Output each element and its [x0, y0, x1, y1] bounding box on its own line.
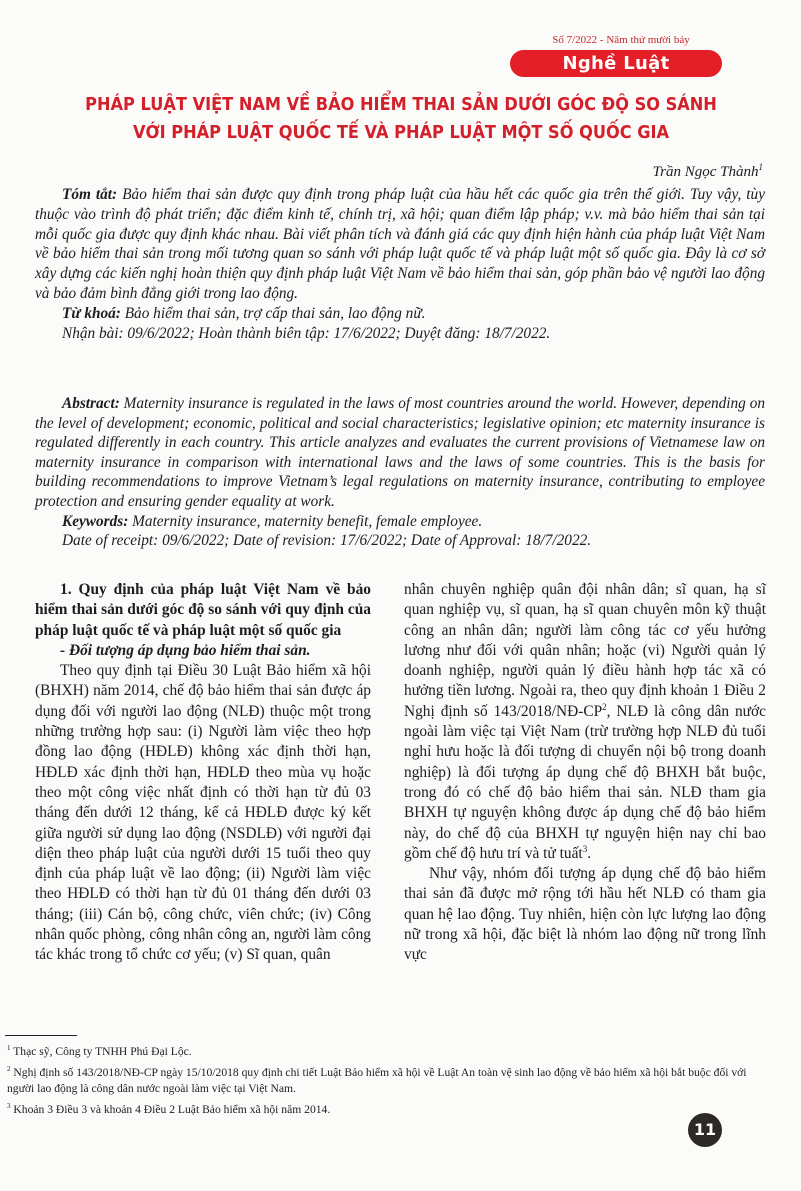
keywords-en-label: Keywords:: [62, 513, 128, 530]
footnote-divider: [5, 1035, 77, 1036]
page-number-badge: 11: [688, 1113, 722, 1147]
footnotes: 1 Thạc sỹ, Công ty TNHH Phú Đại Lộc. 2 N…: [7, 1040, 767, 1118]
footnote-2-text: Nghị định số 143/2018/NĐ-CP ngày 15/10/2…: [7, 1065, 747, 1095]
para-cont-a: nhân chuyên nghiệp quân đội nhân dân; sĩ…: [404, 581, 766, 720]
para-end: .: [587, 845, 591, 862]
para-cont-b: , NLĐ là công dân nước ngoài làm việc tạ…: [404, 703, 766, 862]
section-subheading: - Đối tượng áp dụng bảo hiểm thai sản.: [35, 641, 371, 661]
footnote-3-text: Khoản 3 Điều 3 và khoản 4 Điều 2 Luật Bả…: [11, 1103, 331, 1116]
footnote-1: 1 Thạc sỹ, Công ty TNHH Phú Đại Lộc.: [7, 1040, 767, 1061]
summary-label: Tóm tắt:: [62, 186, 117, 203]
body-column-right: nhân chuyên nghiệp quân đội nhân dân; sĩ…: [404, 580, 766, 966]
english-abstract-block: Abstract: Maternity insurance is regulat…: [35, 394, 765, 551]
summary-text: Bảo hiểm thai sản được quy định trong ph…: [35, 186, 765, 302]
keywords-en-text: Maternity insurance, maternity benefit, …: [128, 513, 482, 530]
author-name: Trần Ngọc Thành: [653, 164, 759, 180]
issue-info: Số 7/2022 - Năm thứ mười bảy: [541, 34, 701, 46]
article-title: PHÁP LUẬT VIỆT NAM VỀ BẢO HIỂM THAI SẢN …: [47, 91, 756, 147]
footnote-3: 3 Khoản 3 Điều 3 và khoản 4 Điều 2 Luật …: [7, 1098, 767, 1119]
keywords-vi-text: Bảo hiểm thai sản, trợ cấp thai sản, lao…: [121, 305, 426, 322]
author: Trần Ngọc Thành1: [653, 162, 763, 181]
abstract-label: Abstract:: [62, 395, 120, 412]
keywords-en-paragraph: Keywords: Maternity insurance, maternity…: [35, 512, 765, 532]
footnote-2: 2 Nghị định số 143/2018/NĐ-CP ngày 15/10…: [7, 1061, 767, 1098]
vietnamese-summary-block: Tóm tắt: Bảo hiểm thai sản được quy định…: [35, 185, 765, 343]
dates-vi: Nhận bài: 09/6/2022; Hoàn thành biên tập…: [35, 324, 765, 344]
article-title-line-1: PHÁP LUẬT VIỆT NAM VỀ BẢO HIỂM THAI SẢN …: [47, 91, 756, 119]
article-title-line-2: VỚI PHÁP LUẬT QUỐC TẾ VÀ PHÁP LUẬT MỘT S…: [47, 119, 756, 147]
body-column-left: 1. Quy định của pháp luật Việt Nam về bả…: [35, 580, 371, 966]
footnote-1-text: Thạc sỹ, Công ty TNHH Phú Đại Lộc.: [11, 1045, 192, 1058]
body-paragraph-1: Theo quy định tại Điều 30 Luật Bảo hiểm …: [35, 661, 371, 965]
keywords-vi-label: Từ khoá:: [62, 305, 121, 322]
abstract-text: Maternity insurance is regulated in the …: [35, 395, 765, 510]
body-paragraph-2: Như vậy, nhóm đối tượng áp dụng chế độ b…: [404, 864, 766, 965]
abstract-paragraph: Abstract: Maternity insurance is regulat…: [35, 394, 765, 512]
summary-paragraph: Tóm tắt: Bảo hiểm thai sản được quy định…: [35, 185, 765, 304]
keywords-vi-paragraph: Từ khoá: Bảo hiểm thai sản, trợ cấp thai…: [35, 304, 765, 324]
body-paragraph-1-continued: nhân chuyên nghiệp quân đội nhân dân; sĩ…: [404, 580, 766, 864]
dates-en: Date of receipt: 09/6/2022; Date of revi…: [35, 531, 765, 551]
author-footnote-ref: 1: [759, 162, 764, 172]
magazine-brand-badge: Nghề Luật: [510, 50, 722, 77]
section-heading: 1. Quy định của pháp luật Việt Nam về bả…: [35, 580, 371, 641]
